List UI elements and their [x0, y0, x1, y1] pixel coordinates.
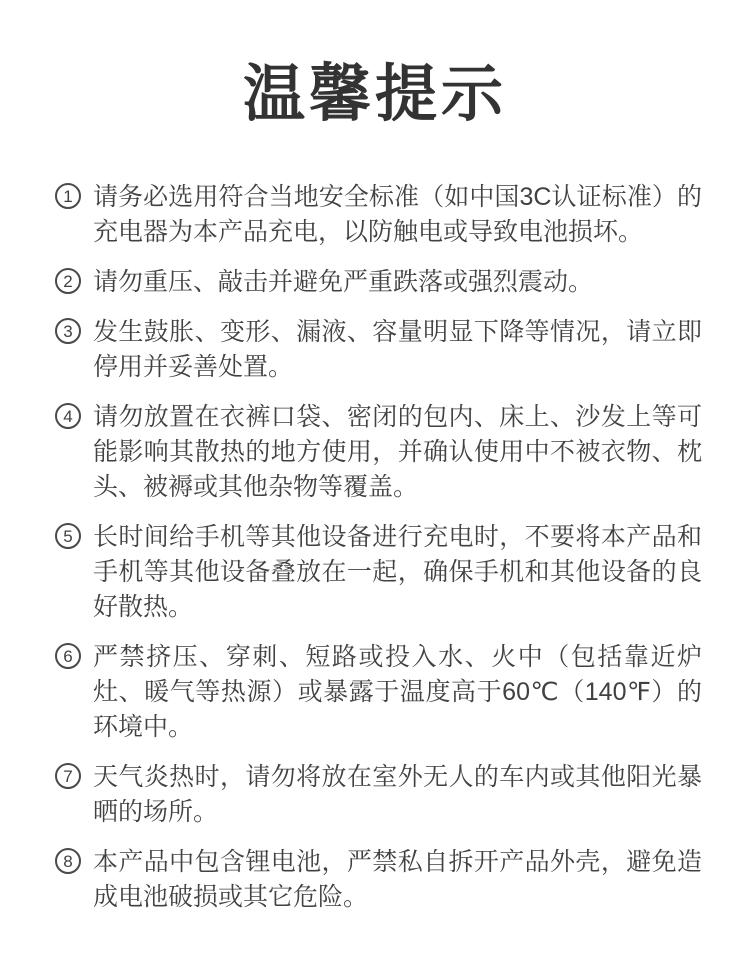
list-item: 2 请勿重压、敲击并避免严重跌落或强烈震动。 [55, 265, 702, 300]
list-item: 1 请务必选用符合当地安全标准（如中国3C认证标准）的充电器为本产品充电，以防触… [55, 180, 702, 250]
list-item: 8 本产品中包含锂电池，严禁私自拆开产品外壳，避免造成电池破损或其它危险。 [55, 845, 702, 915]
item-number-badge: 4 [55, 403, 81, 429]
item-text: 严禁挤压、穿刺、短路或投入水、火中（包括靠近炉灶、暖气等热源）或暴露于温度高于6… [93, 640, 702, 745]
safety-notice-page: 温馨提示 1 请务必选用符合当地安全标准（如中国3C认证标准）的充电器为本产品充… [0, 0, 750, 974]
list-item: 4 请勿放置在衣裤口袋、密闭的包内、床上、沙发上等可能影响其散热的地方使用，并确… [55, 400, 702, 505]
item-number-badge: 8 [55, 848, 81, 874]
item-text: 请务必选用符合当地安全标准（如中国3C认证标准）的充电器为本产品充电，以防触电或… [93, 180, 702, 250]
list-item: 3 发生鼓胀、变形、漏液、容量明显下降等情况，请立即停用并妥善处置。 [55, 315, 702, 385]
item-text: 请勿放置在衣裤口袋、密闭的包内、床上、沙发上等可能影响其散热的地方使用，并确认使… [93, 400, 702, 505]
item-number-badge: 2 [55, 268, 81, 294]
item-number-badge: 3 [55, 318, 81, 344]
item-text: 长时间给手机等其他设备进行充电时，不要将本产品和手机等其他设备叠放在一起，确保手… [93, 520, 702, 625]
item-text: 发生鼓胀、变形、漏液、容量明显下降等情况，请立即停用并妥善处置。 [93, 315, 702, 385]
item-number-badge: 7 [55, 763, 81, 789]
item-number-badge: 1 [55, 183, 81, 209]
item-text: 本产品中包含锂电池，严禁私自拆开产品外壳，避免造成电池破损或其它危险。 [93, 845, 702, 915]
item-text: 天气炎热时，请勿将放在室外无人的车内或其他阳光暴晒的场所。 [93, 760, 702, 830]
notice-list: 1 请务必选用符合当地安全标准（如中国3C认证标准）的充电器为本产品充电，以防触… [0, 180, 750, 915]
list-item: 5 长时间给手机等其他设备进行充电时，不要将本产品和手机等其他设备叠放在一起，确… [55, 520, 702, 625]
list-item: 7 天气炎热时，请勿将放在室外无人的车内或其他阳光暴晒的场所。 [55, 760, 702, 830]
page-title: 温馨提示 [0, 0, 750, 132]
list-item: 6 严禁挤压、穿刺、短路或投入水、火中（包括靠近炉灶、暖气等热源）或暴露于温度高… [55, 640, 702, 745]
item-number-badge: 6 [55, 643, 81, 669]
item-text: 请勿重压、敲击并避免严重跌落或强烈震动。 [93, 265, 702, 300]
item-number-badge: 5 [55, 523, 81, 549]
